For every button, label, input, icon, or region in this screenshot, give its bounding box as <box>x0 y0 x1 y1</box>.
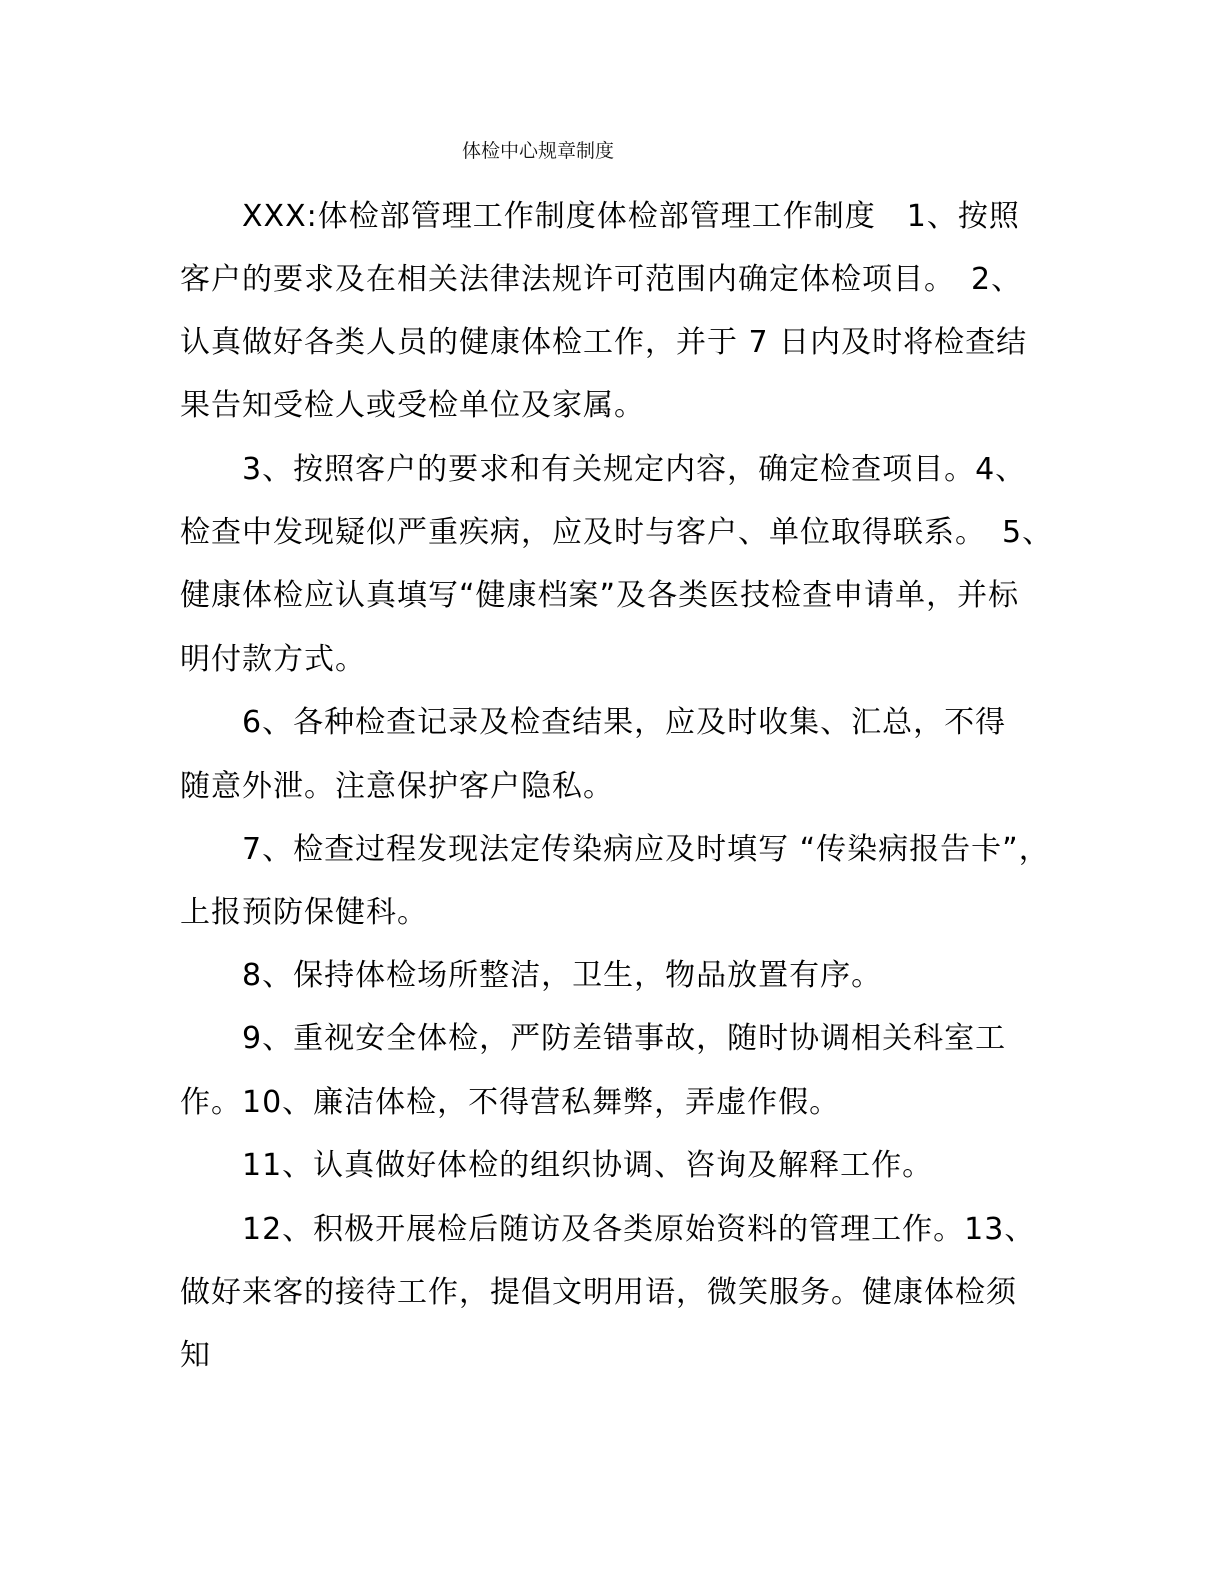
paragraph-line: 明付款方式。 <box>180 640 366 680</box>
paragraph-line: 客户的要求及在相关法律法规许可范围内确定体检项目。 2、 <box>180 260 1022 300</box>
paragraph-line: 果告知受检人或受检单位及家属。 <box>180 386 645 426</box>
paragraph-line: 知 <box>180 1336 211 1376</box>
paragraph-line: 认真做好各类人员的健康体检工作，并于 7 日内及时将检查结 <box>180 323 1027 363</box>
paragraph-line: 随意外泄。注意保护客户隐私。 <box>180 767 614 807</box>
paragraph-line: XXX:体检部管理工作制度体检部管理工作制度 1、按照 <box>242 197 1020 237</box>
paragraph-line: 健康体检应认真填写“健康档案”及各类医技检查申请单，并标 <box>180 576 1019 616</box>
paragraph-line: 作。10、廉洁体检，不得营私舞弊，弄虚作假。 <box>180 1083 840 1123</box>
paragraph-line: 11、认真做好体检的组织协调、咨询及解释工作。 <box>242 1146 933 1186</box>
paragraph-line: 检查中发现疑似严重疾病，应及时与客户、单位取得联系。 5、 <box>180 513 1053 553</box>
document-title: 体检中心规章制度 <box>462 136 614 163</box>
paragraph-line: 12、积极开展检后随访及各类原始资料的管理工作。13、 <box>242 1210 1035 1250</box>
paragraph-line: 上报预防保健科。 <box>180 893 428 933</box>
paragraph-line: 7、检查过程发现法定传染病应及时填写 “传染病报告卡”， <box>242 830 1050 870</box>
paragraph-line: 8、保持体检场所整洁，卫生，物品放置有序。 <box>242 956 882 996</box>
paragraph-line: 做好来客的接待工作，提倡文明用语，微笑服务。健康体检须 <box>180 1273 1017 1313</box>
paragraph-line: 6、各种检查记录及检查结果，应及时收集、汇总，不得 <box>242 703 1006 743</box>
document-page: 体检中心规章制度 XXX:体检部管理工作制度体检部管理工作制度 1、按照 客户的… <box>0 0 1224 1584</box>
paragraph-line: 9、重视安全体检，严防差错事故，随时协调相关科室工 <box>242 1019 1006 1059</box>
paragraph-line: 3、按照客户的要求和有关规定内容，确定检查项目。4、 <box>242 450 1026 490</box>
